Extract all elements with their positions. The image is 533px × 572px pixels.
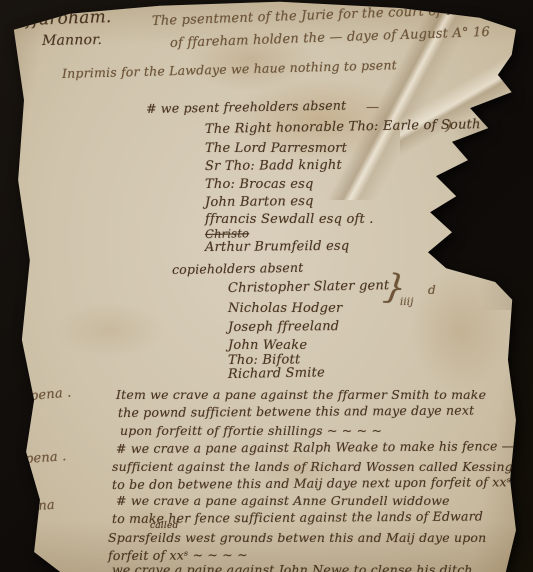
copyholder-name: Nicholas Hodger (228, 301, 342, 316)
freeholders-heading: # we psent freeholders absent (146, 98, 346, 116)
presentment-line: sufficient against the lands of Richard … (112, 459, 520, 474)
freeholder-name: Sr Tho: Badd knight (205, 158, 342, 174)
freeholder-name: The Lord Parresmort (205, 141, 347, 156)
presentment-line: upon forfeitt of ffortie shillings ~ ~ ~… (120, 423, 382, 438)
margin-amount: iiij (400, 297, 414, 308)
manuscript-paper: ffaroham. Mannor. The psentment of the J… (0, 0, 533, 572)
place-heading-line: ffaroham. (26, 7, 112, 30)
presentment-line: to be don betwene this and Maij daye nex… (112, 474, 511, 492)
margin-note-pena: pena . (24, 449, 67, 467)
place-heading-line: Mannor. (42, 32, 102, 49)
presentment-line: Sparsfeilds west grounds betwen this and… (108, 530, 486, 545)
paper-shadow: ffaroham. Mannor. The psentment of the J… (0, 0, 533, 572)
copyholders-heading: copieholders absent (172, 260, 304, 277)
copyholder-name: Christopher Slater gent (228, 278, 390, 296)
margin-amount: d (428, 283, 436, 297)
copyholder-name: John Weake (228, 338, 307, 353)
copyholder-name: Joseph ffreeland (228, 319, 339, 335)
freeholder-name: ffrancis Sewdall esq oft . (205, 212, 374, 227)
title-line: of ffareham holden the — daye of August … (170, 25, 490, 51)
lawday-line: Inprimis for the Lawdaye we haue nothing… (62, 57, 397, 81)
presentment-line: # we crave a pane against Anne Grundell … (116, 493, 450, 508)
margin-note-pena: pena . (29, 385, 72, 404)
copyholder-name: Richard Smite (228, 365, 325, 382)
presentment-line: the pownd sufficient betwene this and ma… (118, 403, 474, 420)
fold-crease-small (400, 40, 530, 160)
margin-note-pena: pena (21, 498, 55, 515)
presentment-line: forfeit of xxˢ ~ ~ ~ ~ (108, 547, 248, 563)
presentment-line: # we crave a pane against Ralph Weake to… (116, 438, 515, 456)
manuscript-photo: ffaroham. Mannor. The psentment of the J… (0, 0, 533, 572)
freeholder-name: The Right honorable Tho: Earle of South (205, 117, 481, 137)
presentment-line: Item we crave a pane against the ffarmer… (116, 387, 486, 402)
flourish-dash: — (366, 100, 379, 115)
freeholder-name: Arthur Brumfeild esq (205, 239, 349, 255)
presentment-line: we crave a paine against John Newe to cl… (112, 562, 473, 572)
freeholder-name: John Barton esq (205, 194, 314, 210)
title-line: The psentment of the Jurie for the court… (152, 3, 468, 29)
freeholder-name: Tho: Brocas esq (205, 177, 314, 192)
torn-edge-shading (413, 120, 533, 310)
